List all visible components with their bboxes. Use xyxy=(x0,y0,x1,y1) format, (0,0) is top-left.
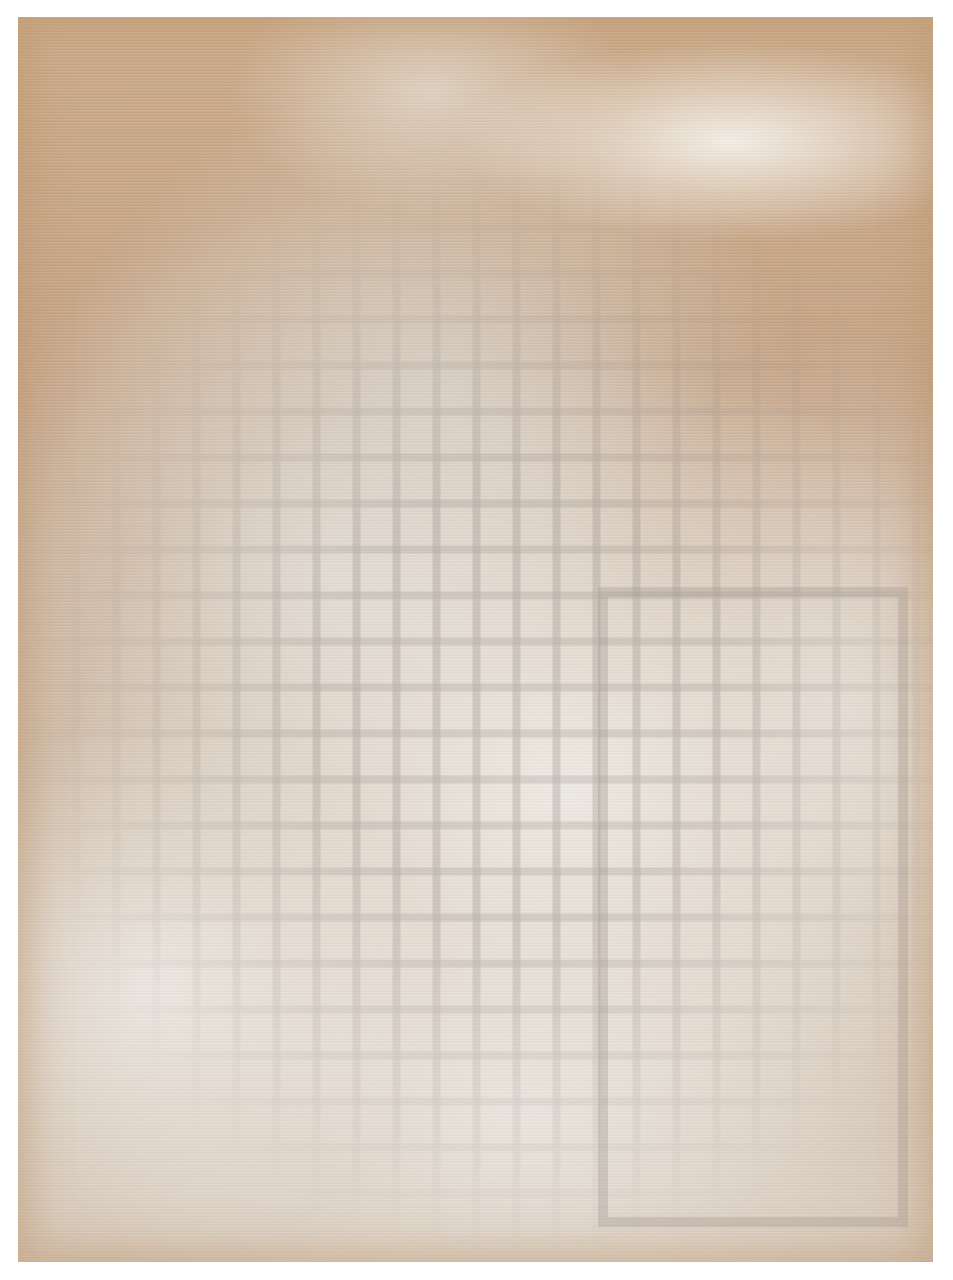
rug-edge-wear xyxy=(18,17,933,1262)
rug xyxy=(18,17,933,1262)
